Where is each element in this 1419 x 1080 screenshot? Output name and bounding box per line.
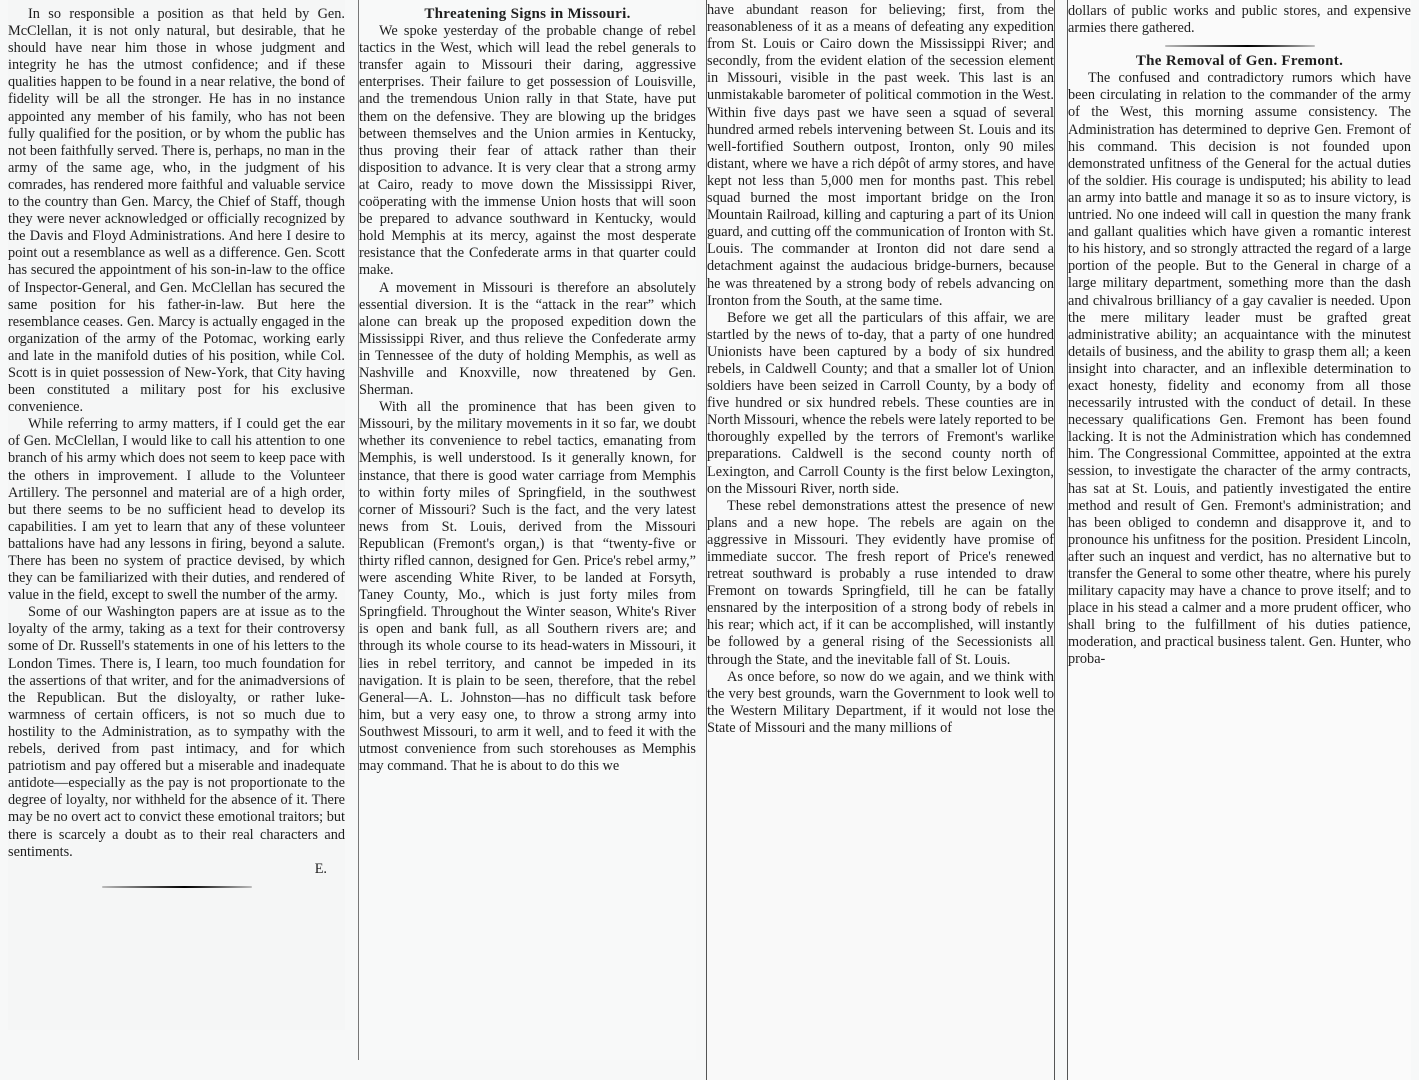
article-paragraph-continued: dollars of public works and public store… (1068, 3, 1411, 37)
column-4-removal-of-fremont: dollars of public works and public store… (1067, 0, 1411, 1080)
article-paragraph: These rebel demonstrations attest the pr… (707, 498, 1054, 669)
article-paragraph: have abundant reason for believing; firs… (707, 2, 1054, 310)
article-paragraph: In so responsible a position as that hel… (8, 6, 345, 416)
newspaper-clipping-page: In so responsible a position as that hel… (0, 0, 1419, 1080)
headline-removal-of-fremont: The Removal of Gen. Fremont. (1068, 53, 1411, 70)
column-2-threatening-signs: Threatening Signs in Missouri. We spoke … (358, 0, 696, 1060)
section-divider-rule (102, 886, 252, 888)
section-divider-rule (1165, 45, 1315, 47)
headline-threatening-signs: Threatening Signs in Missouri. (359, 6, 696, 23)
article-paragraph: A movement in Missouri is therefore an a… (359, 280, 696, 400)
article-paragraph: The confused and contradictory rumors wh… (1068, 70, 1411, 668)
article-paragraph: Before we get all the particulars of thi… (707, 310, 1054, 498)
author-signature: E. (315, 861, 327, 877)
article-paragraph: Some of our Washington papers are at iss… (8, 604, 345, 860)
column-3-threatening-signs-continued: have abundant reason for believing; firs… (706, 0, 1055, 1080)
column-1-correspondence: In so responsible a position as that hel… (8, 0, 345, 1030)
article-paragraph: As once before, so now do we again, and … (707, 669, 1054, 737)
article-paragraph: We spoke yesterday of the probable chang… (359, 23, 696, 279)
article-paragraph: While referring to army matters, if I co… (8, 416, 345, 604)
article-paragraph: With all the prominence that has been gi… (359, 399, 696, 775)
